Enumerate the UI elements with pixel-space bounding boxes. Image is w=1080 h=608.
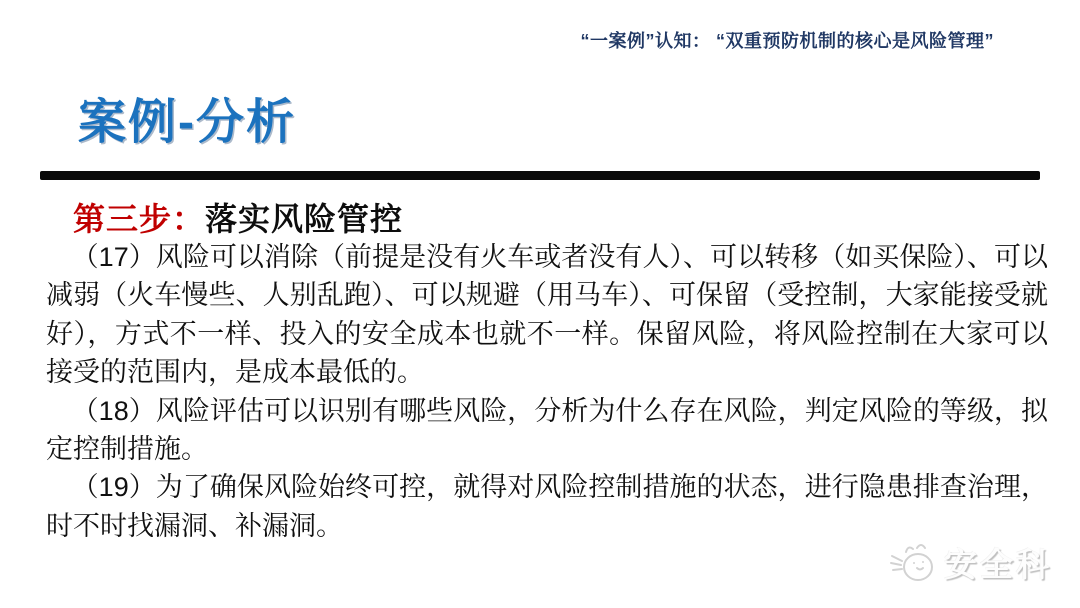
paragraph-17: （17）风险可以消除（前提是没有火车或者没有人）、可以转移（如买保险）、可以减弱…: [46, 238, 1048, 392]
header-note: “一案例”认知： “双重预防机制的核心是风险管理”: [581, 27, 995, 53]
title-divider: [40, 171, 1040, 180]
mascot-logo-icon: [889, 540, 939, 586]
step-heading-prefix: 第三步：: [73, 201, 205, 237]
paragraph-18: （18）风险评估可以识别有哪些风险，分析为什么存在风险，判定风险的等级，拟定控制…: [46, 392, 1048, 469]
slide-canvas: “一案例”认知： “双重预防机制的核心是风险管理” 案例-分析 第三步：落实风险…: [0, 0, 1080, 608]
page-title: 案例-分析: [78, 94, 296, 152]
watermark: 安全科: [889, 539, 1052, 586]
body-text: （17）风险可以消除（前提是没有火车或者没有人）、可以转移（如买保险）、可以减弱…: [46, 238, 1048, 545]
paragraph-19: （19）为了确保风险始终可控，就得对风险控制措施的状态，进行隐患排查治理，时不时…: [46, 468, 1048, 545]
step-heading: 第三步：落实风险管控: [73, 194, 403, 240]
step-heading-text: 落实风险管控: [205, 201, 403, 237]
watermark-text: 安全科: [944, 539, 1052, 586]
